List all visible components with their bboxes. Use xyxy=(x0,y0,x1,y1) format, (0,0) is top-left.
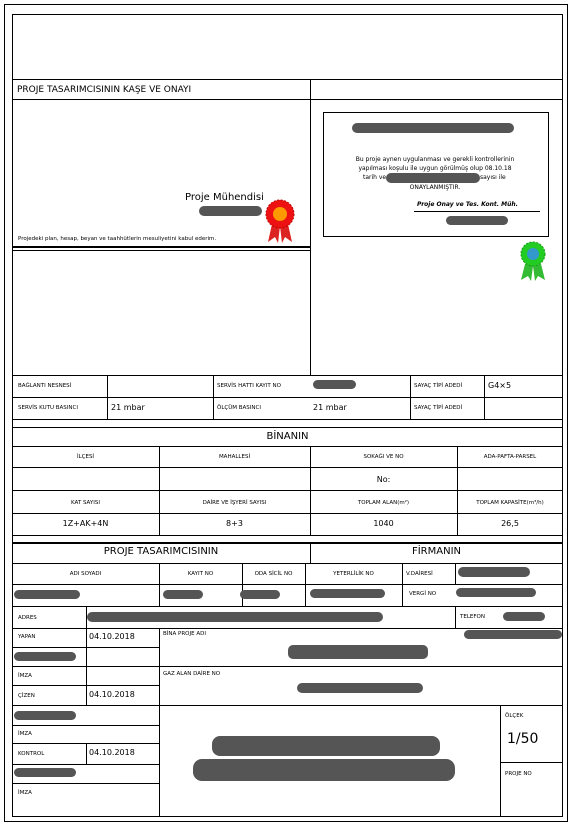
olcum-value: 21 mbar xyxy=(313,403,347,412)
redacted-proje-ust xyxy=(464,630,562,639)
redacted-yapan-name xyxy=(14,652,76,661)
redacted-kontrol-name xyxy=(14,768,76,777)
olcek-value: 1/50 xyxy=(507,731,538,747)
approval-text-line2: yapılması koşulu ile uygun görülmüş olup… xyxy=(323,165,547,172)
building-header-ilce: İLÇESİ xyxy=(12,454,159,460)
redacted-gaz-alan xyxy=(297,683,423,693)
redacted-cizen-name xyxy=(14,711,76,720)
telefon-label: TELEFON xyxy=(460,614,485,620)
divider xyxy=(12,246,311,248)
building-header-kat: KAT SAYISI xyxy=(12,500,159,506)
cizen-date: 04.10.2018 xyxy=(89,690,135,699)
red-seal-icon xyxy=(262,196,298,244)
adres-label: ADRES xyxy=(18,615,37,621)
building-header-sokak: SOKAĞI VE NO xyxy=(310,454,457,460)
divider xyxy=(12,419,563,420)
building-value-kapasite: 26,5 xyxy=(457,519,563,528)
divider xyxy=(12,375,563,376)
gaz-alan-label: GAZ ALAN DAİRE NO xyxy=(163,671,220,677)
redacted-authority xyxy=(352,123,514,133)
redacted-yeterlilik xyxy=(310,589,385,598)
building-value-sokak: No: xyxy=(310,475,457,484)
olcum-label: ÖLÇÜM BASINCI xyxy=(217,405,261,411)
yapan-label: YAPAN xyxy=(18,634,36,640)
building-value-alan: 1040 xyxy=(310,519,457,528)
redacted-adres xyxy=(87,612,383,622)
engineer-title: Proje Mühendisi xyxy=(185,192,264,203)
bina-proje-label: BİNA PROJE ADI xyxy=(163,631,206,637)
servis-hatti-label: SERVİS HATTI KAYIT NO xyxy=(217,383,281,389)
imza-label-2: İMZA xyxy=(18,731,32,737)
designer-header-name: ADI SOYADI xyxy=(12,571,159,577)
disclaimer-text: Projedeki plan, hesap, beyan ve taahhütl… xyxy=(18,236,216,242)
redacted-title-line2 xyxy=(193,759,455,781)
approval-text-line3-prefix: tarih ve xyxy=(363,174,386,181)
redacted-vergi xyxy=(456,588,536,597)
olcek-label: ÖLÇEK xyxy=(505,713,523,719)
designer-header-yeterlilik: YETERLİLİK NO xyxy=(305,571,402,577)
redacted-bina-proje-adi xyxy=(288,645,428,659)
imza-label-1: İMZA xyxy=(18,673,32,679)
redacted-title-line1 xyxy=(212,736,440,756)
kontrol-date: 04.10.2018 xyxy=(89,748,135,757)
divider xyxy=(12,99,311,100)
building-value-kat: 1Z+AK+4N xyxy=(12,519,159,528)
vergi-label: VERGİ NO xyxy=(409,591,436,597)
building-header-alan: TOPLAM ALAN(m²) xyxy=(310,500,457,506)
sayac-tipi-adedi-value: G4×5 xyxy=(488,381,511,390)
sayac-tipi-adedi-label: SAYAÇ TİPİ ADEDİ xyxy=(414,383,462,389)
redacted-kayit xyxy=(163,590,203,599)
approval-text-line3-suffix: sayısı ile xyxy=(480,174,506,181)
redacted-oda xyxy=(240,590,280,599)
designer-title: PROJE TASARIMCISININ xyxy=(12,546,310,557)
designer-stamp-header: PROJE TASARIMCISININ KAŞE VE ONAYI xyxy=(17,85,191,95)
servis-kutu-value: 21 mbar xyxy=(111,403,145,412)
designer-header-kayit: KAYIT NO xyxy=(159,571,242,577)
approval-text-line1: Bu proje aynen uygulanması ve gerekli ko… xyxy=(323,156,547,163)
divider xyxy=(12,79,563,80)
redacted-approver xyxy=(446,216,508,225)
divider xyxy=(310,99,563,100)
redacted-telefon xyxy=(503,612,545,621)
divider xyxy=(12,250,311,251)
baglanti-nesnesi-label: BAĞLANTI NESNESİ xyxy=(18,383,71,389)
kontrol-label: KONTROL xyxy=(18,751,44,757)
designer-header-vdairesi: V.DAİRESİ xyxy=(406,571,433,577)
building-header-kapasite: TOPLAM KAPASİTE(m³/h) xyxy=(457,500,563,506)
sayac-tipi-label: SAYAÇ TİPİ ADEDİ xyxy=(414,405,462,411)
divider xyxy=(12,397,563,398)
cizen-label: ÇİZEN xyxy=(18,693,35,699)
approval-text-line4: ONAYLANMIŞTIR. xyxy=(323,184,547,191)
divider xyxy=(12,427,563,428)
redacted-servis-hatti xyxy=(313,380,356,389)
building-value-daire: 8+3 xyxy=(159,519,310,528)
redacted-vdairesi xyxy=(458,567,530,577)
imza-label-3: İMZA xyxy=(18,790,32,796)
yapan-date: 04.10.2018 xyxy=(89,632,135,641)
building-header-mahalle: MAHALLESİ xyxy=(159,454,310,460)
firm-title: FİRMANIN xyxy=(310,546,563,557)
divider xyxy=(310,79,311,375)
designer-header-oda: ODA SİCİL NO xyxy=(242,571,305,577)
proje-no-label: PROJE NO xyxy=(505,771,532,777)
building-title: BİNANIN xyxy=(12,431,563,442)
servis-kutu-label: SERVİS KUTU BASINCI xyxy=(18,405,78,411)
building-header-ada: ADA-PAFTA-PARSEL xyxy=(457,454,563,460)
redacted-name xyxy=(199,206,262,216)
signature-line xyxy=(414,211,540,212)
approval-signature-title: Proje Onay ve Tes. Kont. Müh. xyxy=(417,201,518,208)
green-seal-icon xyxy=(516,238,550,282)
redacted-designer-name xyxy=(14,590,80,599)
redacted-number xyxy=(386,173,480,183)
building-header-daire: DAİRE VE İŞYERİ SAYISI xyxy=(159,500,310,506)
